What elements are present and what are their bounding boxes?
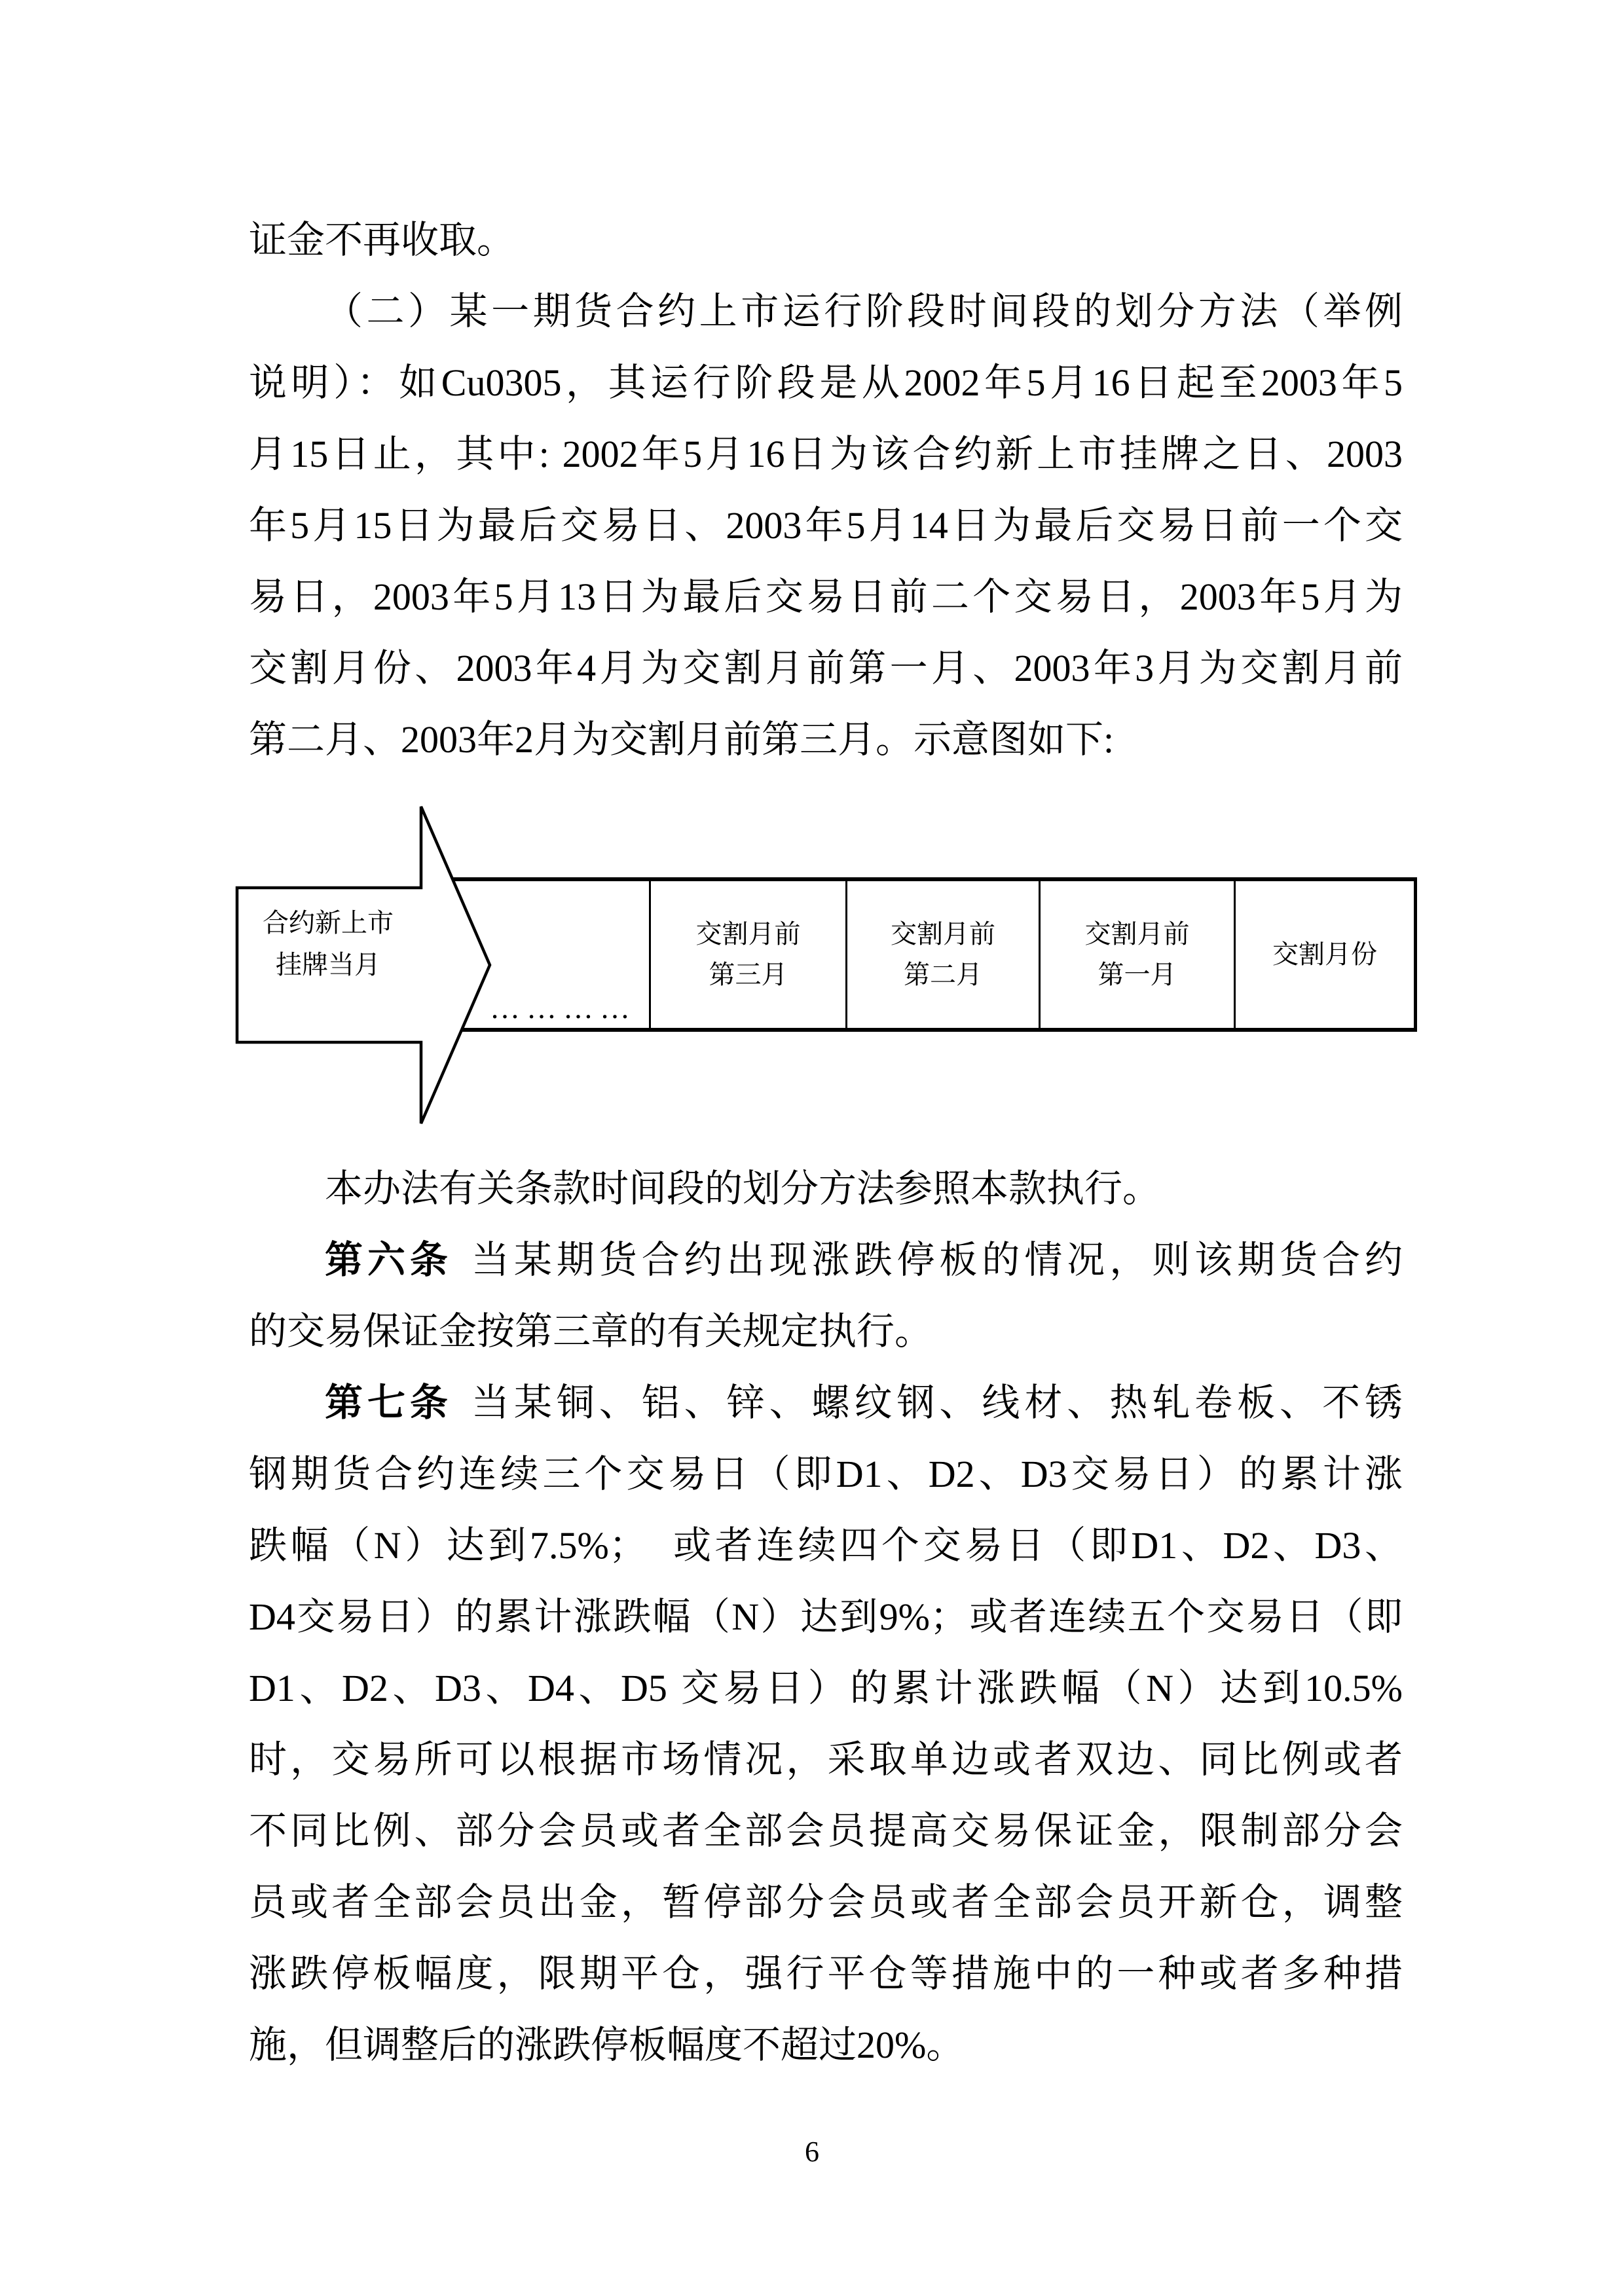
callout-line: 挂牌当月 [240,944,416,986]
body-line: 钢期货合约连续三个交易日（即D1、D2、D3交易日）的累计涨 [249,1438,1403,1510]
body-line: 证金不再收取。 [249,204,1403,276]
body-line: 的交易保证金按第三章的有关规定执行。 [249,1296,1403,1367]
table-cell-pre-delivery-month-3: 交割月前 第三月 [649,881,845,1028]
body-line: 年5月15日为最后交易日、2003年5月14日为最后交易日前一个交 [249,490,1403,561]
cell-label: 交割月前 [891,914,995,955]
document-page: 证金不再收取。 （二）某一期货合约上市运行阶段时间段的划分方法（举例 说明）：如… [0,0,1624,2296]
table-cell-pre-delivery-month-2: 交割月前 第二月 [845,881,1039,1028]
body-line-text: 当某铜、铝、锌、螺纹钢、线材、热轧卷板、不锈 [471,1381,1403,1424]
body-line-text: 当某期货合约出现涨跌停板的情况，则该期货合约 [471,1239,1403,1281]
body-line: 第七条当某铜、铝、锌、螺纹钢、线材、热轧卷板、不锈 [249,1367,1403,1438]
body-line: 施，但调整后的涨跌停板幅度不超过20%。 [249,2009,1403,2081]
cell-label: 交割月份 [1272,934,1377,975]
table-cell-pre-delivery-month-1: 交割月前 第一月 [1039,881,1234,1028]
body-line: 交割月份、2003年4月为交割月前第一月、2003年3月为交割月前 [249,632,1403,704]
body-line: 跌幅（N）达到7.5%； 或者连续四个交易日（即D1、D2、D3、 [249,1510,1403,1581]
cell-label: 交割月前 [1085,914,1190,955]
lower-text-block: 本办法有关条款时间段的划分方法参照本款执行。 第六条当某期货合约出现涨跌停板的情… [249,1153,1403,2081]
body-line: 不同比例、部分会员或者全部会员提高交易保证金，限制部分会 [249,1795,1403,1867]
body-line: D4交易日）的累计涨跌幅（N）达到9%；或者连续五个交易日（即 [249,1581,1403,1652]
cell-label: 第二月 [904,955,982,995]
upper-text-block: 证金不再收取。 （二）某一期货合约上市运行阶段时间段的划分方法（举例 说明）：如… [249,204,1403,775]
body-line: 第二月、2003年2月为交割月前第三月。示意图如下: [249,704,1403,775]
body-line: D1、D2、D3、D4、D5 交易日）的累计涨跌幅（N）达到10.5% [249,1652,1403,1724]
body-line: 涨跌停板幅度，限期平仓，强行平仓等措施中的一种或者多种措 [249,1938,1403,2009]
cell-label: 第一月 [1098,955,1177,995]
body-line: 本办法有关条款时间段的划分方法参照本款执行。 [249,1153,1403,1224]
article-number: 第六条 [325,1239,452,1281]
body-line: 第六条当某期货合约出现涨跌停板的情况，则该期货合约 [249,1224,1403,1296]
body-line: 说明）：如Cu0305，其运行阶段是从2002年5月16日起至2003年5 [249,347,1403,418]
table-cell-delivery-month: 交割月份 [1234,881,1414,1028]
cell-label: 交割月前 [696,914,801,955]
cell-label: 第三月 [709,955,788,995]
page-number: 6 [0,2136,1624,2168]
callout-line: 合约新上市 [240,902,416,944]
body-line: 时，交易所可以根据市场情况，采取单边或者双边、同比例或者 [249,1724,1403,1795]
ellipsis-dots: ………… [490,990,637,1027]
article-number: 第七条 [325,1381,452,1424]
body-line: 易日，2003年5月13日为最后交易日前二个交易日，2003年5月为 [249,561,1403,632]
body-line: 员或者全部会员出金，暂停部分会员或者全部会员开新仓，调整 [249,1867,1403,1938]
body-line: 月15日止，其中: 2002年5月16日为该合约新上市挂牌之日、2003 [249,418,1403,490]
body-line: （二）某一期货合约上市运行阶段时间段的划分方法（举例 [249,276,1403,347]
callout-label: 合约新上市 挂牌当月 [240,902,416,986]
